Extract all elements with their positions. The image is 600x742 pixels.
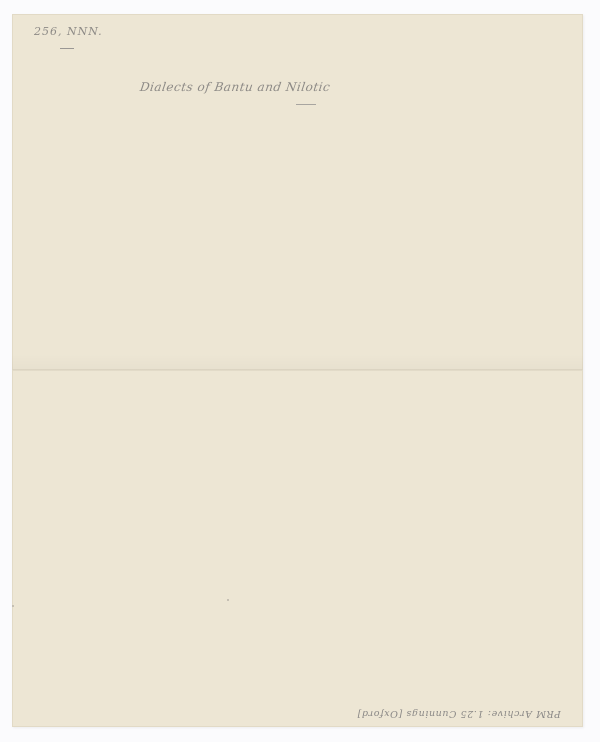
fold-shadow bbox=[12, 354, 583, 369]
archive-stamp: PRM Archive: 1.25 Cunnings [Oxford] bbox=[357, 708, 561, 719]
handwritten-title: Dialects of Bantu and Nilotic bbox=[139, 80, 331, 94]
document-page: 256, NNN. Dialects of Bantu and Nilotic … bbox=[12, 14, 583, 727]
paper-speck bbox=[12, 605, 14, 607]
title-underline bbox=[296, 104, 316, 105]
fold-crease bbox=[12, 369, 583, 371]
reference-underline bbox=[60, 48, 74, 49]
paper-speck bbox=[227, 599, 229, 601]
reference-number: 256, NNN. bbox=[34, 25, 103, 38]
